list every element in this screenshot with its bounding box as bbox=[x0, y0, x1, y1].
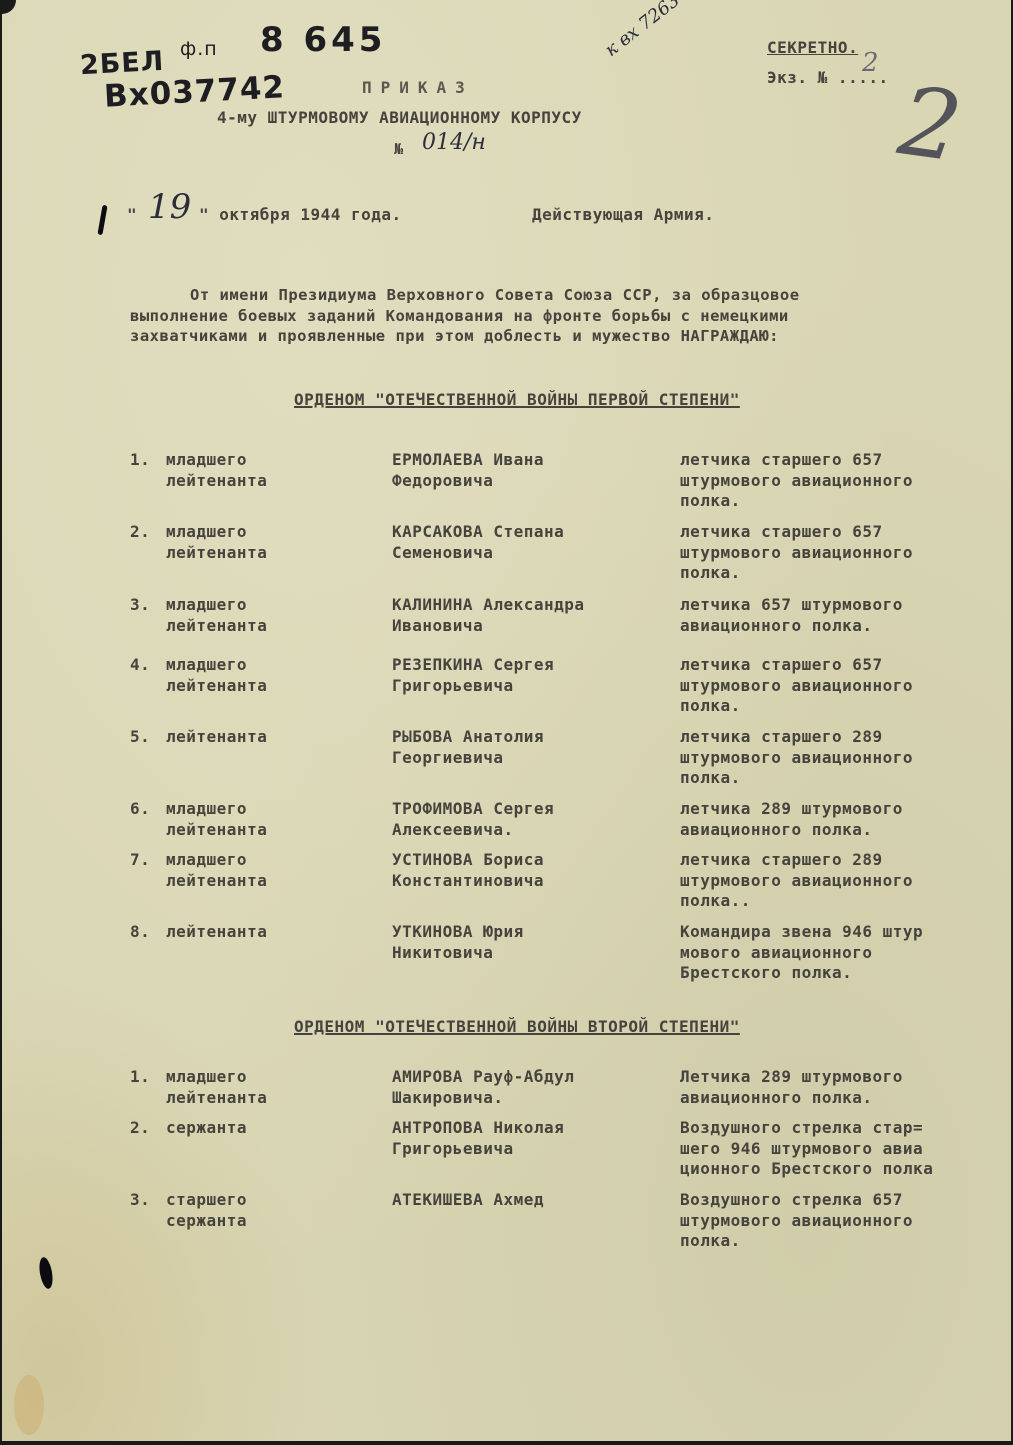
order-number-handwritten: 014/н bbox=[422, 130, 486, 155]
page-number-handwritten: 2 bbox=[893, 66, 968, 183]
entry-position: Воздушного стрелка стар= шего 946 штурмо… bbox=[680, 1118, 1000, 1180]
corner-damage bbox=[2, 0, 16, 14]
entry-position: летчика старшего 289 штурмового авиацион… bbox=[680, 850, 1000, 912]
archive-note-handwritten: к вх 7263 bbox=[601, 0, 684, 61]
entry-position: Командира звена 946 штур мового авиацион… bbox=[680, 922, 1000, 984]
entry-rank: младшего лейтенанта bbox=[166, 595, 386, 636]
entry-position: летчика старшего 657 штурмового авиацион… bbox=[680, 450, 1000, 512]
entry-number: 7. bbox=[130, 850, 166, 871]
entry-name: АТЕКИШЕВА Ахмед bbox=[392, 1190, 672, 1211]
entry-name: КАЛИНИНА Александра Ивановича bbox=[392, 595, 672, 636]
location-text: Действующая Армия. bbox=[532, 205, 714, 224]
entry-name: АМИРОВА Рауф-Абдул Шакировича. bbox=[392, 1067, 672, 1108]
archive-stamp-fond-label: ф.п bbox=[180, 38, 218, 60]
paper-tear bbox=[97, 205, 107, 235]
entry-position: летчика старшего 289 штурмового авиацион… bbox=[680, 727, 1000, 789]
document-title: ПРИКАЗ bbox=[362, 78, 474, 97]
copy-number-handwritten: 2 bbox=[862, 48, 879, 78]
entry-position: летчика 289 штурмового авиационного полк… bbox=[680, 799, 1000, 840]
entry-number: 4. bbox=[130, 655, 166, 676]
order-number-label: № bbox=[394, 140, 404, 158]
entry-rank: старшего сержанта bbox=[166, 1190, 386, 1231]
classification-label: СЕКРЕТНО. bbox=[767, 38, 858, 57]
entry-position: летчика старшего 657 штурмового авиацион… bbox=[680, 655, 1000, 717]
entry-number: 8. bbox=[130, 922, 166, 943]
entry-rank: младшего лейтенанта bbox=[166, 850, 386, 891]
date-text: " октября 1944 года. bbox=[199, 205, 402, 224]
entry-name: УТКИНОВА Юрия Никитовича bbox=[392, 922, 672, 963]
entry-number: 6. bbox=[130, 799, 166, 820]
section-heading-first-degree: ОРДЕНОМ "ОТЕЧЕСТВЕННОЙ ВОЙНЫ ПЕРВОЙ СТЕП… bbox=[294, 390, 740, 409]
entry-number: 5. bbox=[130, 727, 166, 748]
entry-name: АНТРОПОВА Николая Григорьевича bbox=[392, 1118, 672, 1159]
paper-stain bbox=[14, 1375, 44, 1435]
entry-rank: младшего лейтенанта bbox=[166, 522, 386, 563]
entry-position: Летчика 289 штурмового авиационного полк… bbox=[680, 1067, 1000, 1108]
paper-hole bbox=[37, 1256, 54, 1290]
entry-position: летчика 657 штурмового авиационного полк… bbox=[680, 595, 1000, 636]
entry-rank: младшего лейтенанта bbox=[166, 799, 386, 840]
entry-rank: лейтенанта bbox=[166, 727, 386, 748]
entry-name: РЫБОВА Анатолия Георгиевича bbox=[392, 727, 672, 768]
date-open-quote: " bbox=[127, 205, 137, 224]
document-page: 2БЕЛ ф.п 8 645 Вх037742 ПРИКАЗ 4-му ШТУР… bbox=[2, 0, 1011, 1441]
entry-number: 2. bbox=[130, 522, 166, 543]
entry-position: летчика старшего 657 штурмового авиацион… bbox=[680, 522, 1000, 584]
entry-number: 1. bbox=[130, 450, 166, 471]
entry-position: Воздушного стрелка 657 штурмового авиаци… bbox=[680, 1190, 1000, 1252]
entry-rank: сержанта bbox=[166, 1118, 386, 1139]
entry-number: 2. bbox=[130, 1118, 166, 1139]
entry-name: КАРСАКОВА Степана Семеновича bbox=[392, 522, 672, 563]
date-day-handwritten: 19 bbox=[148, 187, 191, 227]
entry-name: ЕРМОЛАЕВА Ивана Федоровича bbox=[392, 450, 672, 491]
entry-rank: младшего лейтенанта bbox=[166, 450, 386, 491]
entry-name: РЕЗЕПКИНА Сергея Григорьевича bbox=[392, 655, 672, 696]
preamble: От имени Президиума Верховного Совета Со… bbox=[130, 285, 975, 347]
entry-name: ТРОФИМОВА Сергея Алексеевича. bbox=[392, 799, 672, 840]
entry-rank: лейтенанта bbox=[166, 922, 386, 943]
entry-rank: младшего лейтенанта bbox=[166, 655, 386, 696]
preamble-line: захватчиками и проявленные при этом добл… bbox=[130, 326, 975, 347]
entry-number: 3. bbox=[130, 1190, 166, 1211]
entry-rank: младшего лейтенанта bbox=[166, 1067, 386, 1108]
document-subtitle: 4-му ШТУРМОВОМУ АВИАЦИОННОМУ КОРПУСУ bbox=[217, 108, 582, 127]
entry-number: 3. bbox=[130, 595, 166, 616]
entry-name: УСТИНОВА Бориса Константиновича bbox=[392, 850, 672, 891]
section-heading-second-degree: ОРДЕНОМ "ОТЕЧЕСТВЕННОЙ ВОЙНЫ ВТОРОЙ СТЕП… bbox=[294, 1017, 740, 1036]
archive-stamp-fond-number: 8 645 bbox=[260, 20, 386, 60]
preamble-line: выполнение боевых заданий Командования н… bbox=[130, 306, 975, 327]
entry-number: 1. bbox=[130, 1067, 166, 1088]
preamble-line: От имени Президиума Верховного Совета Со… bbox=[130, 285, 975, 306]
